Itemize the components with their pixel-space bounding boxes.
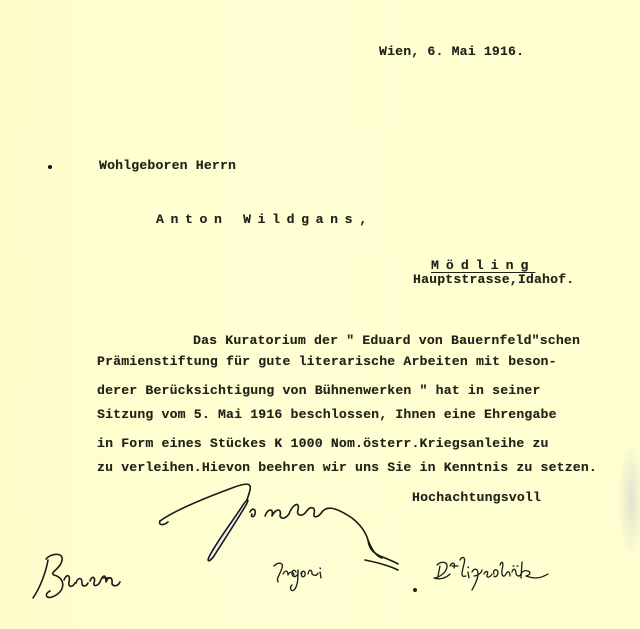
recipient-name: Anton Wildgans, xyxy=(156,212,374,228)
closing: Hochachtungsvoll xyxy=(412,490,541,506)
signature-label-brecht: Brecht xyxy=(0,0,1,1)
body-line: derer Berücksichtigung von Bühnenwerken … xyxy=(97,383,541,399)
body-line: Das Kuratorium der " Eduard von Bauernfe… xyxy=(193,333,580,349)
signature-label-main: Schulz xyxy=(0,0,1,1)
signature-gregori xyxy=(274,563,321,590)
body-line: zu verleihen.Hievon beehren wir uns Sie … xyxy=(97,460,597,476)
signature-main xyxy=(160,484,398,570)
signature-lipschuetz xyxy=(434,557,548,590)
dot-mark xyxy=(413,588,417,592)
body-line: Sitzung vom 5. Mai 1916 beschlossen, Ihn… xyxy=(97,407,557,423)
signature-label-lipschuetz: Dr Lipschütz xyxy=(0,0,1,1)
body-line: in Form eines Stückes K 1000 Nom.österr.… xyxy=(97,436,549,452)
paper-stain xyxy=(618,440,640,560)
body-line: Prämienstiftung für gute literarische Ar… xyxy=(97,354,557,370)
salutation: Wohlgeboren Herrn xyxy=(99,158,236,174)
letter-page: Wien, 6. Mai 1916. Wohlgeboren Herrn Ant… xyxy=(0,0,640,629)
signatures xyxy=(0,0,640,629)
signature-brecht xyxy=(33,554,120,598)
recipient-street: Hauptstrasse,Idahof. xyxy=(413,272,574,288)
letter-date: Wien, 6. Mai 1916. xyxy=(379,44,524,60)
signature-label-gregori: Gregori xyxy=(0,0,1,1)
punch-mark xyxy=(48,165,52,169)
